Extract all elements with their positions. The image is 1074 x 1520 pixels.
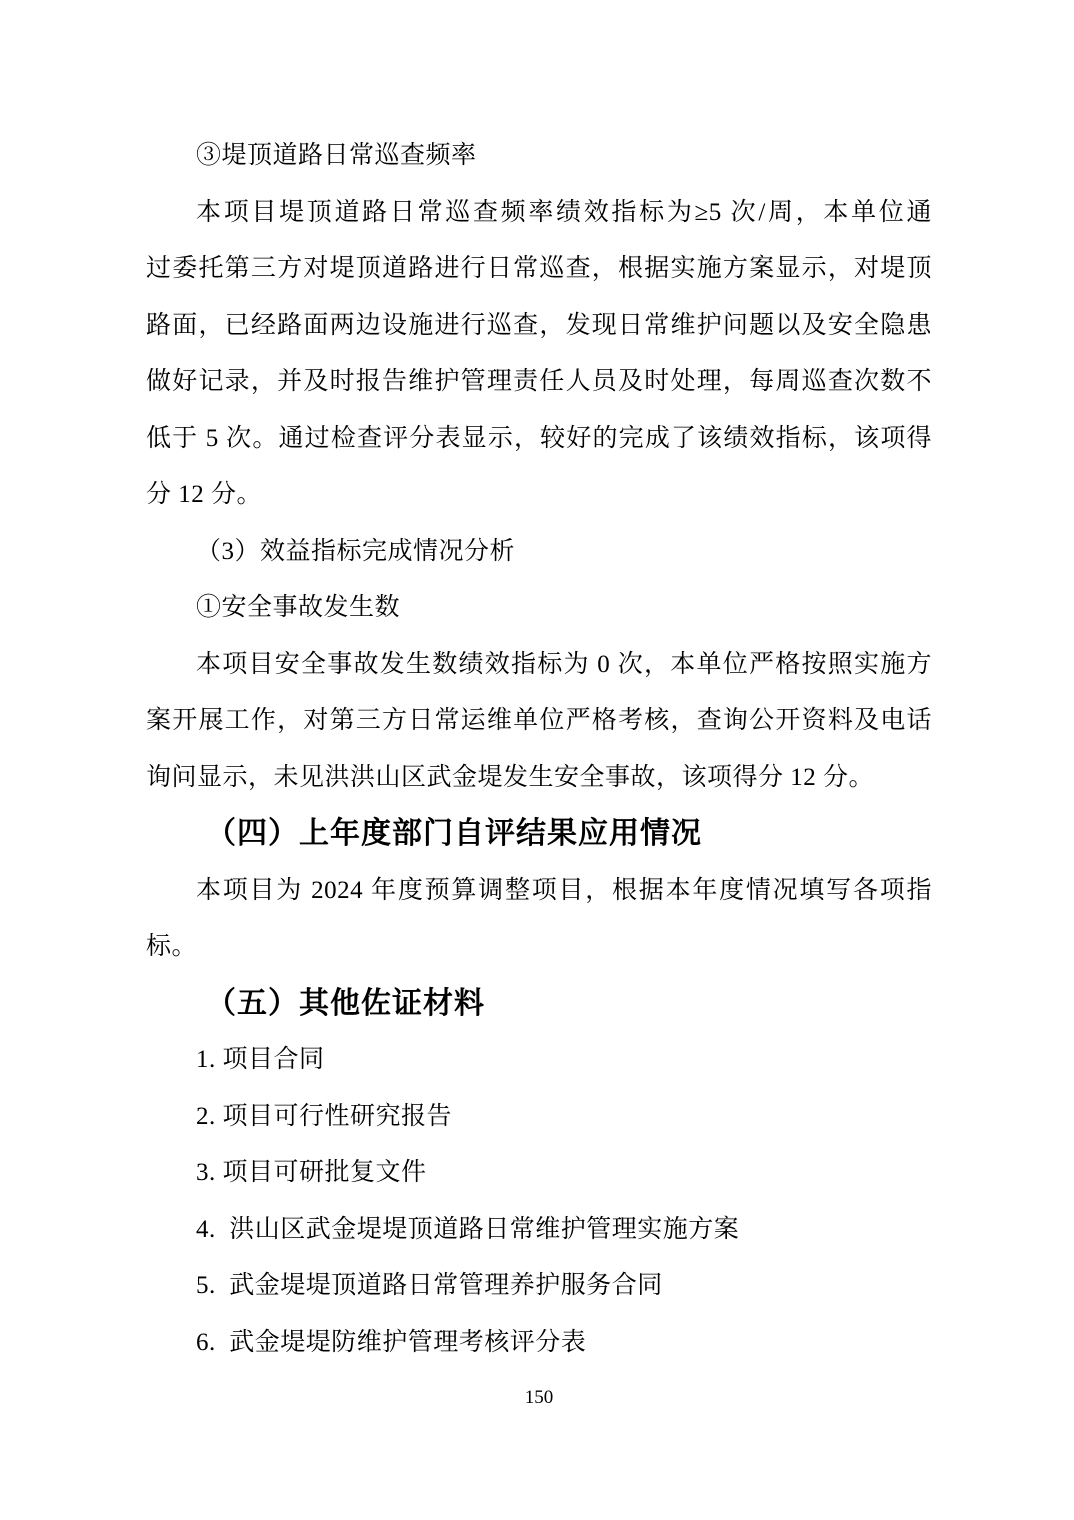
text-line: 路面，已经路面两边设施进行巡查，发现日常维护问题以及安全隐患 (146, 298, 932, 355)
text-line: 本项目安全事故发生数绩效指标为 0 次，本单位严格按照实施方 (146, 637, 932, 694)
text-line: 本项目堤顶道路日常巡查频率绩效指标为≥5 次/周，本单位通 (146, 185, 932, 242)
text-line: 做好记录，并及时报告维护管理责任人员及时处理，每周巡查次数不 (146, 354, 932, 411)
document-body: ③堤顶道路日常巡查频率本项目堤顶道路日常巡查频率绩效指标为≥5 次/周，本单位通… (146, 128, 932, 1371)
text-line: 低于 5 次。通过检查评分表显示，较好的完成了该绩效指标，该项得 (146, 411, 932, 468)
text-line: 1. 项目合同 (146, 1032, 932, 1089)
text-line: 3. 项目可研批复文件 (146, 1145, 932, 1202)
section-heading: （五）其他佐证材料 (146, 976, 932, 1033)
text-line: ③堤顶道路日常巡查频率 (146, 128, 932, 185)
text-line: 本项目为 2024 年度预算调整项目，根据本年度情况填写各项指 (146, 863, 932, 920)
text-line: 标。 (146, 919, 932, 976)
text-line: 分 12 分。 (146, 467, 932, 524)
text-line: （3）效益指标完成情况分析 (146, 524, 932, 581)
text-line: 2. 项目可行性研究报告 (146, 1089, 932, 1146)
document-page: ③堤顶道路日常巡查频率本项目堤顶道路日常巡查频率绩效指标为≥5 次/周，本单位通… (0, 0, 1074, 1520)
text-line: 询问显示，未见洪洪山区武金堤发生安全事故，该项得分 12 分。 (146, 750, 932, 807)
page-number: 150 (146, 1385, 932, 1411)
text-line: 案开展工作，对第三方日常运维单位严格考核，查询公开资料及电话 (146, 693, 932, 750)
section-heading: （四）上年度部门自评结果应用情况 (146, 806, 932, 863)
text-line: 6. 武金堤堤防维护管理考核评分表 (146, 1315, 932, 1372)
text-line: 4. 洪山区武金堤堤顶道路日常维护管理实施方案 (146, 1202, 932, 1259)
text-line: 过委托第三方对堤顶道路进行日常巡查，根据实施方案显示，对堤顶 (146, 241, 932, 298)
text-line: 5. 武金堤堤顶道路日常管理养护服务合同 (146, 1258, 932, 1315)
text-line: ①安全事故发生数 (146, 580, 932, 637)
